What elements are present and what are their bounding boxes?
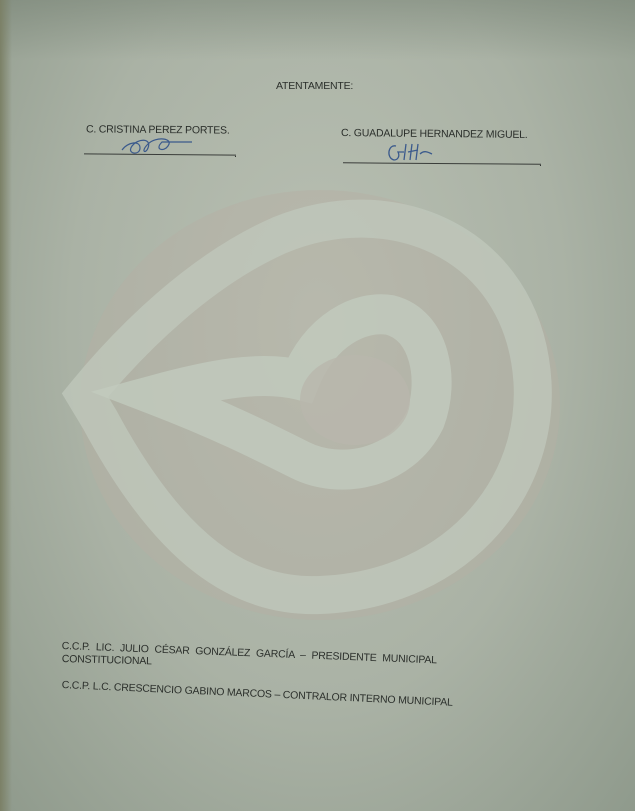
ccp-line: C.C.P. L.C. CRESCENCIO GABINO MARCOS – C… bbox=[61, 679, 452, 709]
shadow bbox=[0, 0, 635, 60]
document-page: ATENTAMENTE: C. CRISTINA PEREZ PORTES. .… bbox=[0, 0, 635, 811]
municipal-logo-watermark-icon bbox=[60, 180, 580, 620]
ccp-line-continuation: CONSTITUCIONAL bbox=[62, 653, 152, 667]
closing-text: ATENTAMENTE: bbox=[276, 80, 353, 92]
paper-edge bbox=[0, 0, 12, 811]
signature-line-end: . bbox=[234, 148, 237, 160]
handwritten-signature-icon bbox=[384, 140, 434, 164]
signature-line-end: . bbox=[539, 157, 542, 169]
signatory-name: C. GUADALUPE HERNANDEZ MIGUEL. bbox=[341, 127, 528, 141]
signature-line bbox=[343, 162, 541, 164]
